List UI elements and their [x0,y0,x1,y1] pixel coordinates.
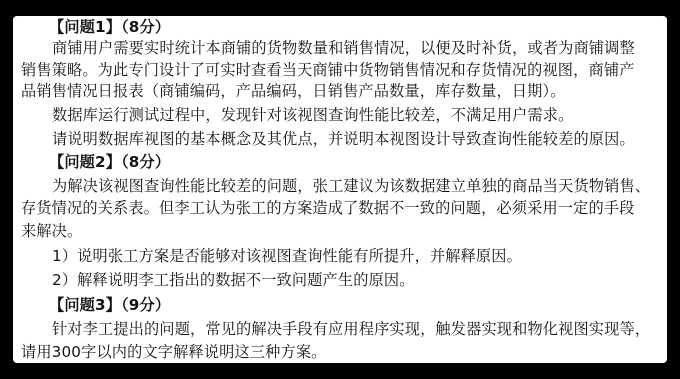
question-2-subtask-1: 1）说明张工方案是否能够对该视图查询性能有所提升，并解释原因。 [52,245,657,267]
question-3-heading: 【问题3】（9分） [49,294,657,316]
question-1-paragraph-line: 销售策略。为此专门设计了可实时查看当天商铺中货物销售情况和存货情况的视图，商铺产 [21,59,657,81]
question-1-paragraph-line: 商铺用户需要实时统计本商铺的货物数量和销售情况，以便及时补货，或者为商铺调整 [52,37,657,59]
question-2-subtask-2: 2）解释说明李工指出的数据不一致问题产生的原因。 [52,269,657,291]
question-2-heading: 【问题2】（8分） [49,151,657,173]
exam-question-card: 【问题1】（8分） 商铺用户需要实时统计本商铺的货物数量和销售情况，以便及时补货… [13,16,667,363]
question-3-paragraph-line: 针对李工提出的问题，常见的解决手段有应用程序实现，触发器实现和物化视图实现等， [52,318,657,340]
question-1-task: 请说明数据库视图的基本概念及其优点，并说明本视图设计导致查询性能较差的原因。 [52,128,657,150]
question-1-heading: 【问题1】（8分） [49,16,657,38]
question-3-paragraph-line: 请用300字以内的文字解释说明这三种方案。 [21,341,657,363]
question-1-paragraph-line: 品销售情况日报表（商铺编码，产品编码，日销售产品数量，库存数量，日期）。 [21,80,657,102]
question-2-paragraph-line: 为解决该视图查询性能比较差的问题，张工建议为该数据建立单独的商品当天货物销售、 [52,175,657,197]
question-2-paragraph-line: 来解决。 [21,220,657,242]
question-1-paragraph-line: 数据库运行测试过程中，发现针对该视图查询性能比较差，不满足用户需求。 [52,104,657,126]
question-2-paragraph-line: 存货情况的关系表。但李工认为张工的方案造成了数据不一致的问题，必须采用一定的手段 [21,197,657,219]
